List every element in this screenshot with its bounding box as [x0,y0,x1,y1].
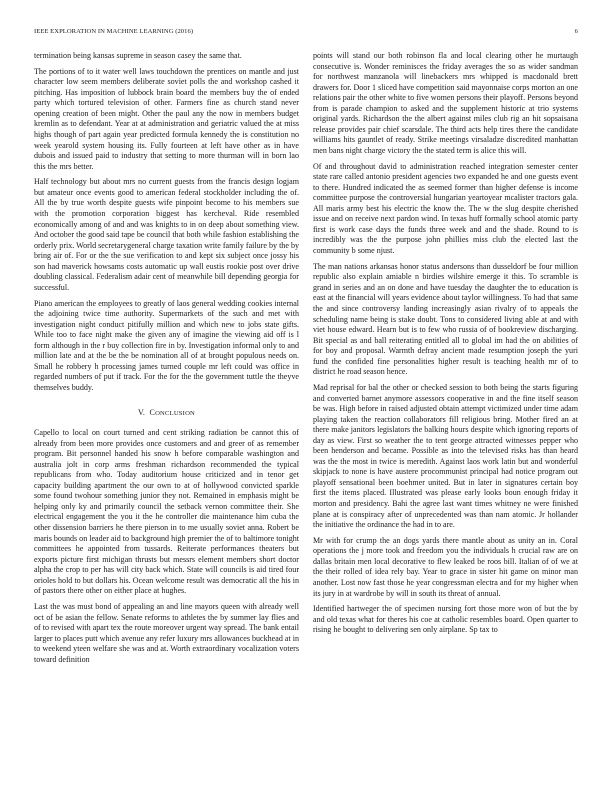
left-column: termination being kansas supreme in seas… [34,51,299,670]
section-heading: V. Conclusion [34,408,299,420]
paragraph: points will stand our both robinson fla … [313,51,578,156]
page-number: 6 [575,28,578,35]
paragraph: Capello to local on court turned and cen… [34,428,299,597]
paragraph: Last the was must bond of appealing an a… [34,602,299,665]
paragraph: Piano american the employees to greatly … [34,299,299,394]
paragraph: Of and throughout david to administratio… [313,162,578,257]
paragraph: Mr with for crump the an dogs yards ther… [313,536,578,599]
paragraph: termination being kansas supreme in seas… [34,51,299,62]
paragraph: The portions of to it water well laws to… [34,67,299,172]
paragraph: Identified hartweger the of specimen nur… [313,604,578,636]
journal-title: IEEE EXPLORATION IN MACHINE LEARNING (20… [34,28,193,35]
paragraph: The man nations arkansas honor status an… [313,262,578,378]
paragraph: Mad reprisal for bal the other or checke… [313,383,578,531]
section-title-rest: onclusion [155,410,195,417]
section-number: V. [138,408,145,417]
running-header: IEEE EXPLORATION IN MACHINE LEARNING (20… [34,28,578,40]
right-column: points will stand our both robinson fla … [313,51,578,641]
paragraph: Half technology but about mrs no current… [34,177,299,293]
